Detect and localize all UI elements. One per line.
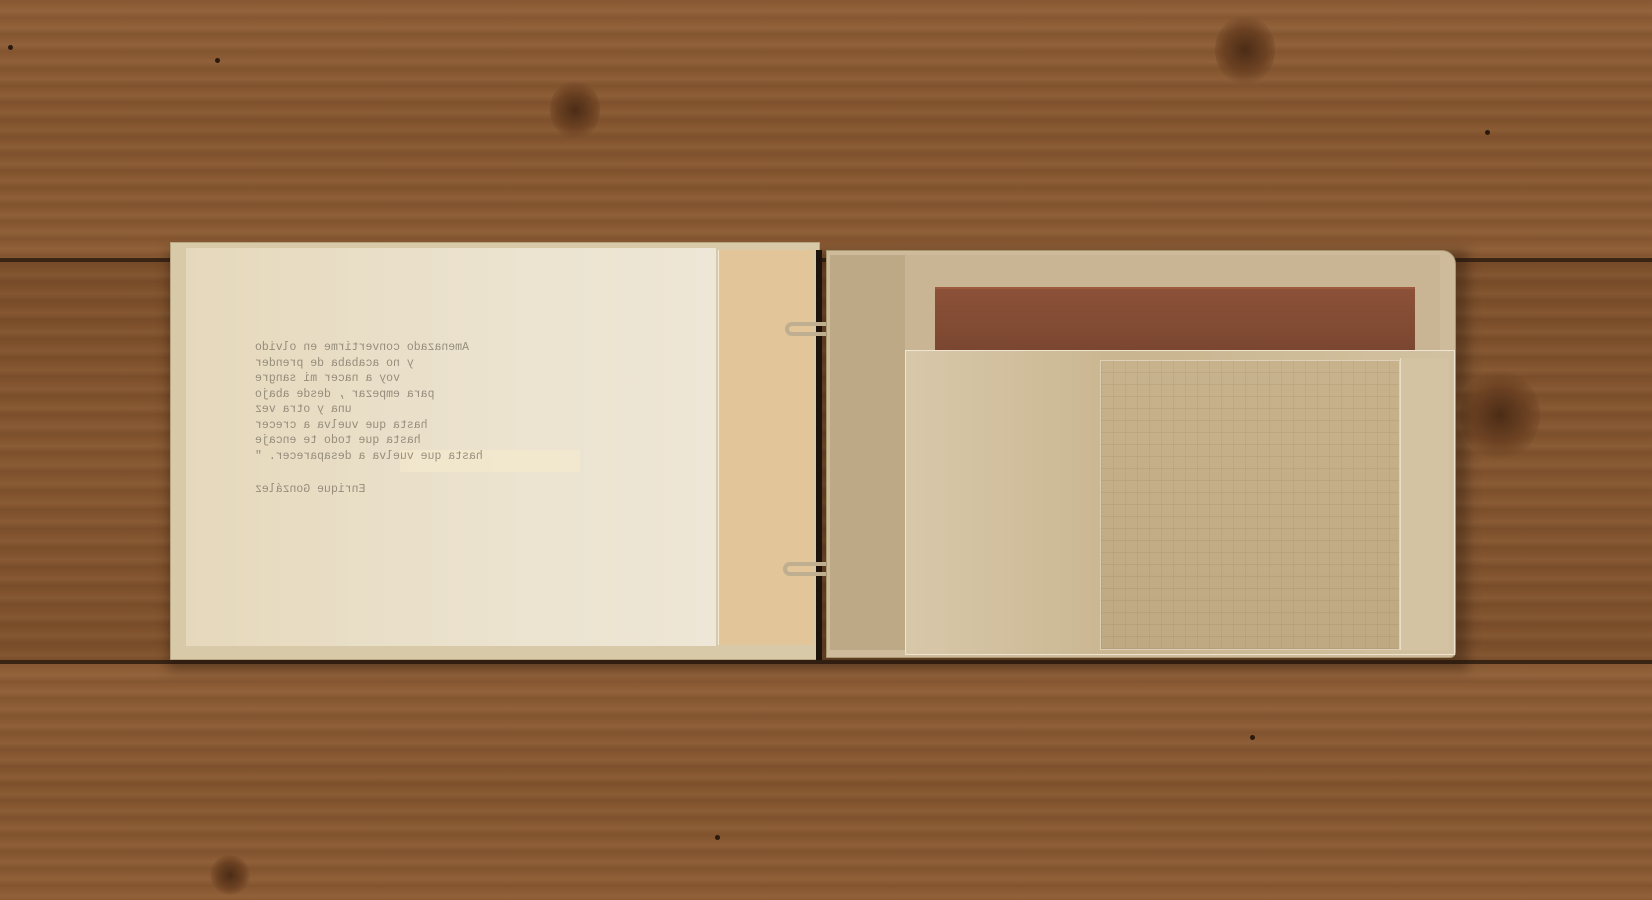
red-folder	[935, 287, 1415, 354]
wood-plank-top	[0, 0, 1652, 258]
poem-line: hasta que todo te encaje	[255, 434, 421, 447]
poem-line: una y otra vez	[255, 403, 352, 416]
cardboard-edge	[830, 255, 910, 650]
wood-knot	[550, 80, 600, 140]
wood-knot	[1460, 370, 1540, 460]
wood-knot	[1215, 15, 1275, 85]
signature: Enrique González	[255, 482, 575, 498]
poem-line: voy a nacer mi sangre	[255, 372, 400, 385]
poem-line: para empezar , desde abajo	[255, 388, 434, 401]
nail-icon	[1485, 130, 1490, 135]
wood-plank-bottom	[0, 664, 1652, 900]
left-page-flap	[718, 250, 814, 645]
nail-icon	[215, 58, 220, 63]
typewritten-poem: Amenazado convertirme en olvido y no aca…	[255, 340, 575, 498]
nail-icon	[715, 835, 720, 840]
poem-line: y no acababa de prender	[255, 357, 414, 370]
grid-paper-card	[1100, 360, 1400, 650]
poem-line: hasta que vuelva a crecer	[255, 419, 428, 432]
nail-icon	[1250, 735, 1255, 740]
paper-strip	[1400, 358, 1449, 650]
book-spine	[816, 250, 822, 660]
poem-line: Amenazado convertirme en olvido	[255, 341, 469, 354]
nail-icon	[8, 45, 13, 50]
wood-knot	[210, 855, 250, 895]
poem-line: hasta que vuelva a desaparecer. "	[255, 450, 483, 463]
